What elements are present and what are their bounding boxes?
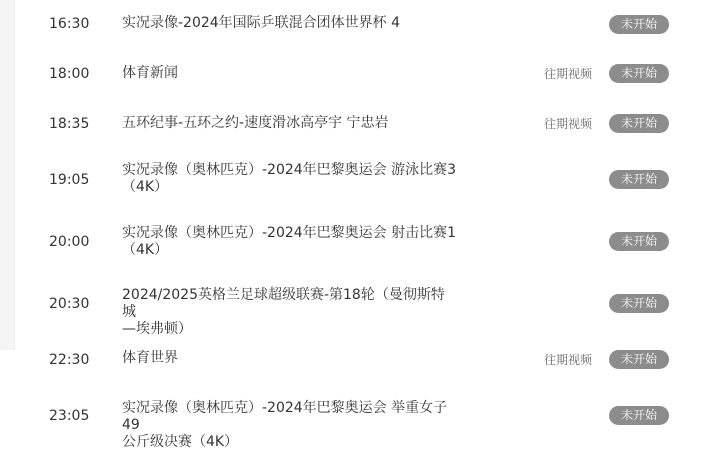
status-badge-not-started: 未开始 [609,232,669,251]
program-title[interactable]: 2024/2025英格兰足球超级联赛-第18轮（曼彻斯特城 —埃弗顿） [122,287,457,338]
program-title[interactable]: 实况录像-2024年国际乒联混合团体世界杯 4 [122,15,457,32]
program-title[interactable]: 体育新闻 [122,65,457,82]
tv-schedule-page: 16:30 实况录像-2024年国际乒联混合团体世界杯 4 未开始 18:00 … [0,0,720,458]
program-time: 22:30 [49,351,89,369]
status-badge-not-started: 未开始 [609,114,669,133]
status-badge-not-started: 未开始 [609,406,669,425]
program-time: 16:30 [49,15,89,33]
program-time: 19:05 [49,171,89,189]
program-time: 20:00 [49,233,89,251]
program-title[interactable]: 实况录像（奥林匹克）-2024年巴黎奥运会 游泳比赛3 （4K） [122,162,457,196]
program-time: 20:30 [49,295,89,313]
program-title-line2: 公斤级决赛（4K） [122,434,457,451]
program-time: 18:00 [49,65,89,83]
program-title-line1: 体育世界 [122,350,457,367]
past-videos-link[interactable]: 往期视频 [544,351,592,369]
program-title-line2: —埃弗顿） [122,321,457,338]
program-time: 23:05 [49,407,89,425]
program-time: 18:35 [49,115,89,133]
status-badge-not-started: 未开始 [609,64,669,83]
left-sidebar-panel [0,0,15,350]
program-title-line1: 五环纪事-五环之约-速度滑冰高亭宇 宁忠岩 [122,115,457,132]
status-badge-not-started: 未开始 [609,350,669,369]
program-title-line1: 实况录像（奥林匹克）-2024年巴黎奥运会 射击比赛1 [122,225,457,242]
program-title-line2: （4K） [122,179,457,196]
program-title-line1: 实况录像（奥林匹克）-2024年巴黎奥运会 举重女子49 [122,400,457,434]
program-title-line1: 体育新闻 [122,65,457,82]
status-badge-not-started: 未开始 [609,170,669,189]
past-videos-link[interactable]: 往期视频 [544,65,592,83]
status-badge-not-started: 未开始 [609,15,669,34]
program-title[interactable]: 实况录像（奥林匹克）-2024年巴黎奥运会 举重女子49 公斤级决赛（4K） [122,400,457,451]
past-videos-link[interactable]: 往期视频 [544,115,592,133]
program-title-line1: 2024/2025英格兰足球超级联赛-第18轮（曼彻斯特城 [122,287,457,321]
status-badge-not-started: 未开始 [609,294,669,313]
program-title[interactable]: 五环纪事-五环之约-速度滑冰高亭宇 宁忠岩 [122,115,457,132]
program-title-line1: 实况录像（奥林匹克）-2024年巴黎奥运会 游泳比赛3 [122,162,457,179]
program-title[interactable]: 实况录像（奥林匹克）-2024年巴黎奥运会 射击比赛1 （4K） [122,225,457,259]
program-title-line1: 实况录像-2024年国际乒联混合团体世界杯 4 [122,15,457,32]
program-title[interactable]: 体育世界 [122,350,457,367]
program-title-line2: （4K） [122,242,457,259]
